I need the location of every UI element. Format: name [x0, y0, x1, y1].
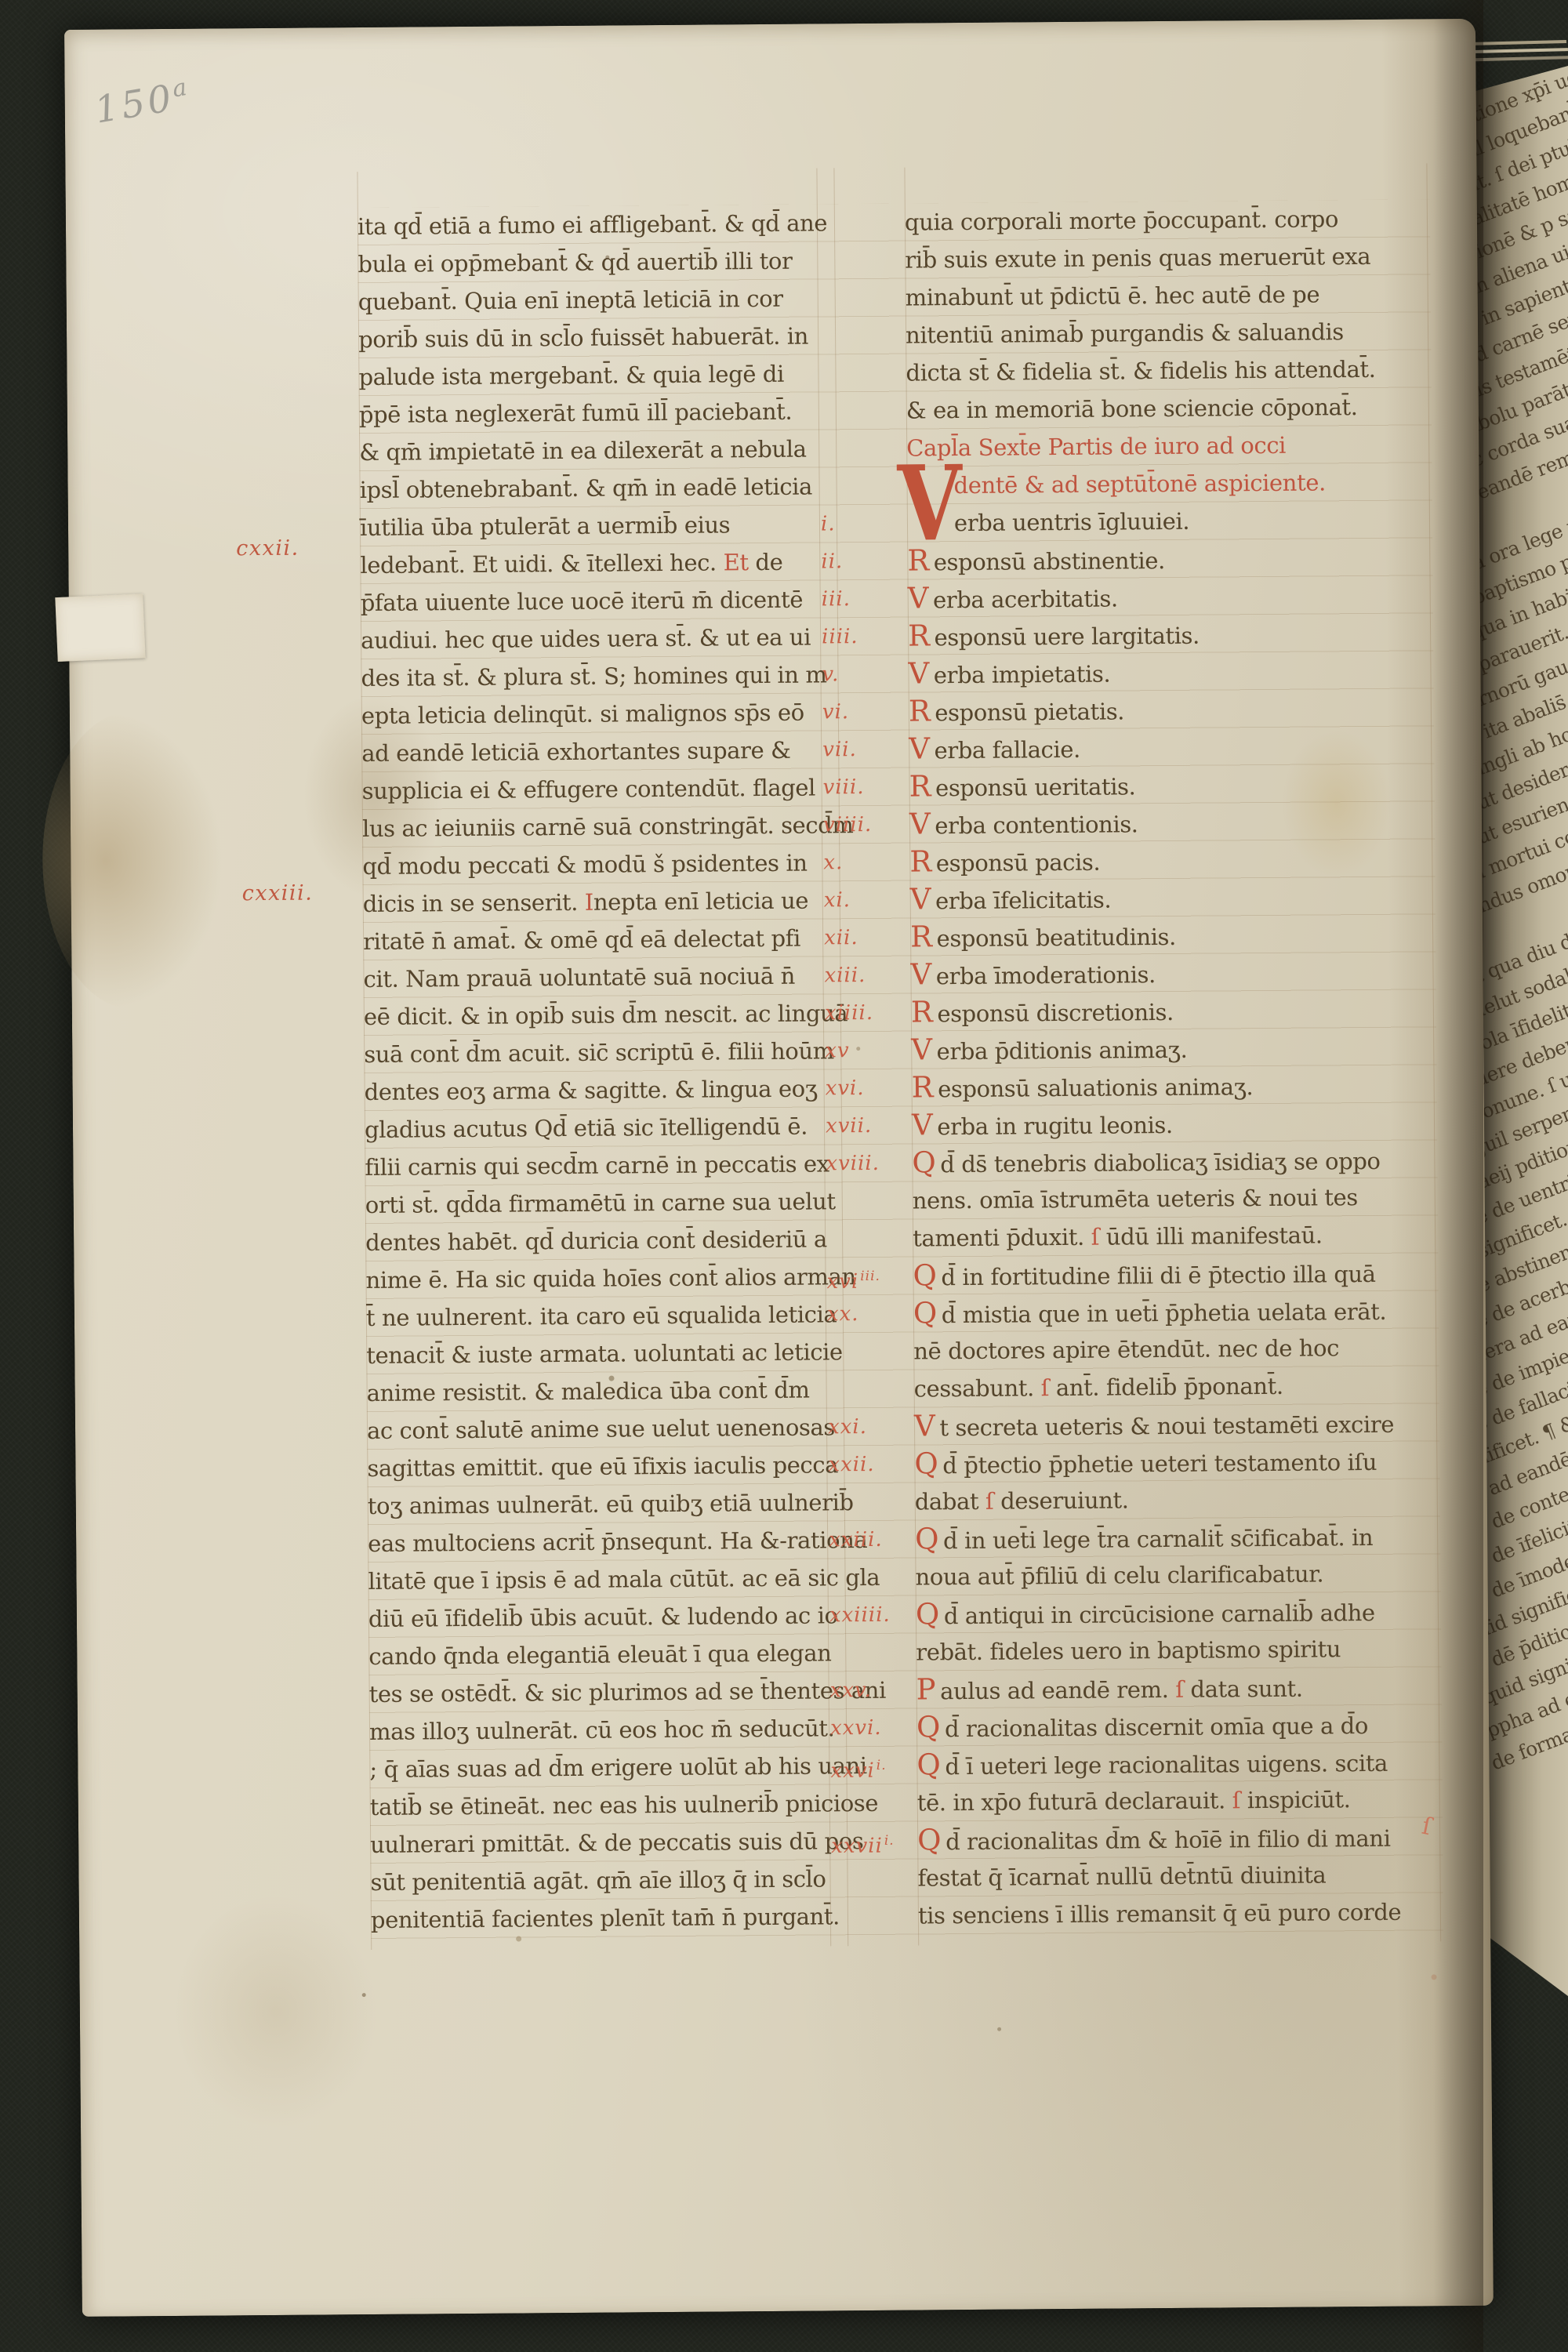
manuscript-text-line: p̄pē ista neglexerāt fumū ill̄ paciebant…: [359, 392, 839, 434]
gutter-chapter-number: xviii.: [826, 1144, 918, 1182]
text-run: erba acerbitatis.: [933, 585, 1118, 613]
text-run: data sunt.: [1184, 1675, 1303, 1703]
text-run: uulnerari pmittāt. & de peccatis suis dū…: [370, 1828, 863, 1858]
text-run: sūt penitentiā agāt. qm̄ aīe illoʒ q̄ in…: [370, 1865, 826, 1896]
red-initial: R: [909, 769, 931, 803]
gutter-chapter-number: viiii.: [823, 806, 916, 844]
manuscript-text-line: dabat ſ deseruiunt.: [915, 1479, 1439, 1520]
gutter-chapter-number: xx.: [827, 1294, 920, 1333]
red-initial: V: [908, 581, 929, 615]
text-run: d̄ in fortitudine filii di ē p̄tectio il…: [941, 1261, 1375, 1290]
manuscript-text-line: audiui. hec que uides uera st̄. & ut ea …: [361, 618, 840, 659]
manuscript-page: 150a cxxii. cxxiii. ita qd̄ etiā a fumo …: [64, 19, 1494, 2317]
stain: [173, 1893, 379, 2130]
text-run: nepta enī leticia ue: [593, 887, 808, 916]
index-line: Responsū discretionis.: [911, 989, 1435, 1031]
red-initial: Q: [913, 1296, 937, 1330]
text-run: lus ac ieiuniis carnē suā constringāt. s…: [362, 811, 854, 842]
red-initial: V: [909, 807, 931, 840]
text-run: rebāt. fideles uero in baptismo spiritu: [916, 1635, 1341, 1665]
text-run: rib̄ suis exute in penis quas meruerūt e…: [905, 243, 1370, 274]
manuscript-text-line: qd̄ modu peccati & modū š psidentes inx.: [362, 844, 842, 885]
text-run: d̄ ds̄ tenebris diabolicaʒ īsidiaʒ se op…: [940, 1148, 1380, 1178]
manuscript-text-line: suā cont̄ d̄m acuit. sic̄ scriptū ē. fil…: [364, 1032, 844, 1073]
manuscript-text-line: tes se ostēdt̄. & sic plurimos ad se t̄h…: [368, 1671, 848, 1713]
text-run: esponsū ueritatis.: [935, 773, 1136, 801]
paragraph-first-line: Qd̄ in fortitudine filii di ē p̄tectio i…: [913, 1253, 1436, 1294]
index-line: Verba īfelicitatis.: [910, 877, 1434, 918]
red-initial: P: [916, 1672, 935, 1706]
manuscript-text-line: ad eandē leticiā exhortantes supare &vii…: [361, 731, 841, 772]
text-run: nens. omīa īstrumēta ueteris & noui tes: [913, 1184, 1358, 1214]
gutter-chapter-number: xvii.: [826, 1106, 918, 1145]
text-run: festat q̄ īcarnat̄ nullū det̄ntū diuinit…: [917, 1861, 1326, 1891]
manuscript-text-line: litatē que ī ipsis ē ad mala cūtūt. ac e…: [368, 1559, 848, 1600]
red-initial: V: [910, 957, 931, 991]
text-run: p̄fata uiuente luce uocē iterū m̄ dicent…: [361, 586, 804, 616]
text-run: dentes habēt. qd̄ duricia cont̄ desideri…: [365, 1225, 827, 1256]
index-line: Verba in rugitu leonis.: [912, 1102, 1436, 1144]
paragraph-first-line: Qd̄ racionalitas d̄m & hoīē in filio di …: [917, 1817, 1441, 1859]
text-run: eē dicit. & in opib̄ suis d̄m nescit. ac…: [364, 1000, 848, 1030]
text-run: de: [749, 549, 783, 575]
manuscript-text-line: epta leticia delinqūt. si malignos sp̄s …: [361, 693, 841, 735]
gutter-chapter-number: xii.: [824, 918, 916, 956]
text-run: mas illoʒ uulnerāt. cū eos hoc m̄ seducū…: [369, 1715, 835, 1745]
red-ink-run: Capl̄a Sext̄e Partis de iuro ad occi: [906, 432, 1286, 462]
text-run: quebant̄. Quia enī ineptā leticiā in cor: [358, 285, 783, 315]
margin-chapter-number: cxxiii.: [242, 881, 314, 906]
gutter-chapter-number: x.: [823, 844, 916, 882]
text-run: tes se ostēdt̄. & sic plurimos ad se t̄h…: [369, 1677, 886, 1708]
manuscript-text-line: dicta st̄ & fidelia st̄. & fidelis his a…: [906, 350, 1429, 391]
text-run: ; q̄ aīas suas ad d̄m erigere uolūt ab h…: [369, 1752, 867, 1783]
text-run: aulus ad eandē rem.: [940, 1676, 1175, 1704]
manuscript-text-line: festat q̄ īcarnat̄ nullū det̄ntū diuinit…: [917, 1855, 1441, 1896]
text-run: erba fallacie.: [934, 736, 1080, 764]
text-run: nime ē. Ha sic quida hoīes cont̄ alios a…: [365, 1263, 855, 1294]
gutter-chapter-number-superscript: i.: [884, 1833, 895, 1849]
text-run: epta leticia delinqūt. si malignos sp̄s …: [361, 699, 804, 729]
red-ink-run: ſ: [1175, 1676, 1184, 1703]
manuscript-text-line: nens. omīa īstrumēta ueteris & noui tes: [913, 1178, 1436, 1219]
manuscript-text-line: eē dicit. & in opib̄ suis d̄m nescit. ac…: [364, 994, 844, 1036]
manuscript-text-line: dentes habēt. qd̄ duricia cont̄ desideri…: [365, 1220, 845, 1261]
paragraph-first-line: Qd̄ in uet̄i lege t̄ra carnalit̄ sc̄ific…: [915, 1516, 1439, 1558]
text-run: dabat: [915, 1488, 985, 1515]
text-run: erba īfelicitatis.: [935, 887, 1111, 915]
text-run: esponsū discretionis.: [937, 999, 1174, 1027]
text-run: qd̄ modu peccati & modū š psidentes in: [362, 850, 807, 880]
red-initial: R: [909, 694, 931, 728]
manuscript-text-line: quia corporali morte p̄occupant̄. corpo: [905, 199, 1428, 241]
text-run: ac cont̄ salutē anime sue uelut uenenosa…: [367, 1414, 835, 1444]
manuscript-text-line: tamenti p̄duxit. ſ ūdū illi manifestaū.: [913, 1215, 1436, 1257]
gutter-chapter-number: vii.: [822, 731, 915, 769]
text-run: eas multociens acrit̄ p̄nsequnt. Ha &-ra…: [368, 1526, 867, 1557]
manuscript-text-line: supplicia ei & effugere contendūt. flage…: [361, 768, 841, 810]
gutter-chapter-number: xxvi.: [830, 1708, 923, 1747]
text-run: palude ista mergebant̄. & quia legē di: [358, 361, 784, 390]
rubric-line: Capl̄a Sext̄e Partis de iuro ad occi: [906, 425, 1430, 466]
index-line: erba uentris īgluuiei.: [907, 500, 1431, 542]
manuscript-text-line: minabunt̄ ut p̄dictū ē. hec autē de pe: [906, 274, 1429, 316]
text-run: dentes eoʒ arma & sagitte. & lingua eoʒ: [365, 1075, 818, 1105]
text-run: supplicia ei & effugere contendūt. flage…: [362, 775, 816, 805]
text-run: nē doctores apire ētendūt. nec de hoc: [913, 1334, 1339, 1364]
red-ink-run: I: [585, 889, 593, 916]
paragraph-first-line: Qd̄ p̄tectio p̄phetie ueteri testamento …: [914, 1441, 1438, 1483]
red-initial: Q: [915, 1522, 938, 1555]
red-initial: V: [912, 1108, 933, 1142]
text-run: sagittas emittit. que eū īfixis iaculis …: [367, 1451, 838, 1482]
red-initial: R: [909, 844, 931, 878]
manuscript-text-line: noua aut̄ p̄filiū di celu clarificabatur…: [915, 1554, 1439, 1595]
text-run: cando q̄nda elegantiā eleuāt ī qua elega…: [368, 1639, 831, 1670]
manuscript-text-line: ; q̄ aīas suas ad d̄m erigere uolūt ab h…: [369, 1747, 849, 1788]
index-line: Responsū saluationis animaʒ.: [911, 1065, 1435, 1106]
text-run: & ea in memoriā bone sciencie cōponat̄.: [906, 394, 1358, 424]
manuscript-text-line: tenacit̄ & iuste armata. uoluntati ac le…: [366, 1333, 846, 1374]
text-run: p̄pē ista neglexerāt fumū ill̄ paciebant…: [359, 398, 793, 428]
red-initial: V: [908, 656, 929, 690]
red-ink-run: ſ: [1232, 1787, 1241, 1813]
manuscript-text-line: dicis in se senserit. Inepta enī leticia…: [363, 881, 843, 923]
manuscript-text-line: tis senciens ī illis remansit q̄ eū puro…: [918, 1893, 1442, 1934]
red-ink-run: ſ: [1091, 1224, 1100, 1250]
paragraph-first-line: Qd̄ racionalitas discernit omīa que a d̄…: [916, 1704, 1440, 1746]
gutter-chapter-number-superscript: iii.: [860, 1269, 880, 1284]
red-initial: R: [911, 995, 933, 1029]
text-run: orti st̄. qd̄da firmamētū in carne sua u…: [365, 1188, 836, 1218]
text-run: tamenti p̄duxit.: [913, 1224, 1091, 1252]
text-run: esponsū pacis.: [936, 849, 1101, 877]
text-run: anime resistit. & maledica ūba cont̄ d̄m: [367, 1377, 810, 1406]
text-run: ipsl̄ obtenebrabant̄. & qm̄ in eadē leti…: [359, 474, 812, 504]
right-text-column: quia corporali morte p̄occupant̄. corpor…: [905, 199, 1442, 1934]
red-initial: Q: [917, 1823, 941, 1857]
text-run: noua aut̄ p̄filiū di celu clarificabatur…: [915, 1560, 1323, 1590]
manuscript-text-line: & qm̄ impietatē in ea dilexerāt a nebula: [359, 430, 839, 471]
text-run: erba in rugitu leonis.: [937, 1112, 1173, 1140]
rubric-line: dentē & ad septūt̄onē aspiciente.: [906, 463, 1430, 504]
text-run: īutilia ūba ptulerāt a uermib̄ eius: [360, 511, 730, 541]
manuscript-text-line: cit. Nam prauā uoluntatē suā nociuā n̄xi…: [363, 956, 843, 998]
stain: [42, 710, 224, 1010]
text-run: erba contentionis.: [935, 811, 1138, 839]
text-run: ad eandē leticiā exhortantes supare &: [361, 737, 791, 767]
gutter-chapter-number: xxii.: [828, 1445, 920, 1483]
text-run: diū eū īfidelib̄ ūbis acuūt. & ludendo a…: [368, 1602, 838, 1632]
large-initial-V: V: [897, 452, 942, 556]
manuscript-text-line: bula ei opp̄mebant̄ & qd̄ auertib̄ illi …: [358, 241, 837, 283]
red-initial: Q: [912, 1145, 935, 1179]
text-run: gladius acutus Qd̄ etiā sic ītelligendū …: [365, 1113, 808, 1143]
red-initial: R: [908, 619, 930, 652]
manuscript-text-line: sagittas emittit. que eū īfixis iaculis …: [367, 1446, 847, 1487]
red-ink-run: dentē & ad septūt̄onē aspiciente.: [953, 469, 1326, 499]
text-block: ita qd̄ etiā a fumo ei affligebant̄. & q…: [358, 199, 1443, 1942]
text-run: t secreta ueteris & noui testamēti excir…: [939, 1411, 1394, 1442]
manuscript-text-line: eas multociens acrit̄ p̄nsequnt. Ha &-ra…: [368, 1521, 848, 1563]
text-run: suā cont̄ d̄m acuit. sic̄ scriptū ē. fil…: [364, 1037, 834, 1068]
manuscript-text-line: cando q̄nda elegantiā eleuāt ī qua elega…: [368, 1634, 848, 1675]
text-run: tenacit̄ & iuste armata. uoluntati ac le…: [366, 1338, 843, 1369]
gutter-chapter-number: v.: [822, 655, 914, 694]
text-run: deseruiunt.: [993, 1486, 1128, 1514]
text-run: dicis in se senserit.: [363, 889, 585, 917]
index-line: Verba contentionis.: [909, 801, 1433, 843]
index-line: Verba īmoderationis.: [910, 952, 1434, 993]
red-initial: Q: [916, 1748, 940, 1781]
text-run: erba impietatis.: [934, 661, 1111, 689]
text-run: tē. in xp̄o futurā declarauit.: [917, 1787, 1232, 1816]
manuscript-text-line: nē doctores apire ētendūt. nec de hoc: [913, 1328, 1437, 1370]
text-run: dicta st̄ & fidelia st̄. & fidelis his a…: [906, 356, 1375, 387]
manuscript-text-line: sūt penitentiā agāt. qm̄ aīe illoʒ q̄ in…: [370, 1860, 850, 1901]
paragraph-first-line: Qd̄ ī ueteri lege racionalitas uigens. s…: [916, 1742, 1440, 1784]
paragraph-first-line: Vt secreta ueteris & noui testamēti exci…: [914, 1403, 1438, 1445]
manuscript-text-line: tatib̄ se ētineāt. nec eas his uulnerib̄…: [370, 1784, 850, 1826]
paragraph-first-line: Qd̄ mistia que in uet̄i p̄phetia uelata …: [913, 1290, 1437, 1332]
text-run: nitentiū animab̄ purgandis & saluandis: [906, 318, 1344, 348]
gutter-chapter-number: xi.: [824, 880, 916, 919]
manuscript-text-line: nime ē. Ha sic quida hoīes cont̄ alios a…: [365, 1258, 845, 1299]
text-run: d̄ p̄tectio p̄phetie ueteri testamento i…: [942, 1449, 1377, 1479]
text-run: inspiciūt.: [1240, 1786, 1351, 1813]
manuscript-text-line: rebāt. fideles uero in baptismo spiritu: [916, 1629, 1439, 1671]
text-run: esponsū abstinentie.: [934, 547, 1165, 575]
text-run: ūdū illi manifestaū.: [1099, 1221, 1323, 1250]
index-line: Responsū pacis.: [909, 839, 1433, 880]
manuscript-text-line: dentes eoʒ arma & sagitte. & lingua eoʒx…: [364, 1069, 844, 1111]
text-run: tatib̄ se ētineāt. nec eas his uulnerib̄…: [370, 1790, 879, 1820]
left-text-column: ita qd̄ etiā a fumo ei affligebant̄. & q…: [358, 204, 851, 1939]
index-line: Responsū pietatis.: [909, 688, 1432, 730]
text-run: d̄ racionalitas d̄m & hoīē in filio di m…: [946, 1825, 1391, 1855]
gutter-chapter-number: xxv.: [829, 1671, 922, 1709]
text-run: bula ei opp̄mebant̄ & qd̄ auertib̄ illi …: [358, 248, 792, 278]
manuscript-text-line: uulnerari pmittāt. & de peccatis suis dū…: [370, 1822, 850, 1864]
index-line: Responsū beatitudinis.: [910, 914, 1434, 956]
index-line: Verba acerbitatis.: [908, 575, 1432, 617]
red-initial: Q: [916, 1710, 940, 1744]
text-run: esponsū pietatis.: [935, 698, 1124, 726]
paragraph-first-line: Qd̄ antiqui in circūcisione carnalib̄ ad…: [916, 1592, 1439, 1633]
manuscript-text-line: tē. in xp̄o futurā declarauit. ſ inspici…: [917, 1780, 1441, 1821]
manuscript-text-line: ac cont̄ salutē anime sue uelut uenenosa…: [367, 1408, 847, 1450]
gutter-chapter-number: xxviii.: [831, 1821, 924, 1865]
text-run: penitentiā facientes plenīt tam̄ n̄ purg…: [371, 1903, 840, 1933]
gutter-chapter-number-superscript: i.: [877, 1758, 887, 1773]
red-initial: R: [911, 1070, 933, 1104]
red-initial: V: [914, 1409, 935, 1443]
text-run: erba uentris īgluuiei.: [954, 508, 1189, 536]
index-line: Verba p̄ditionis animaʒ.: [911, 1027, 1435, 1069]
manuscript-text-line: quebant̄. Quia enī ineptā leticiā in cor: [358, 279, 838, 321]
gutter-chapter-number: iiii.: [822, 618, 914, 656]
index-line: Responsū abstinentie.: [907, 538, 1431, 579]
red-ink-run: Et: [723, 549, 748, 575]
manuscript-text-line: & ea in memoriā bone sciencie cōponat̄.: [906, 387, 1430, 429]
gutter-chapter-number: iii.: [822, 580, 914, 619]
gutter-chapter-number: xiii.: [824, 956, 916, 994]
gutter-chapter-number: xxiiii.: [829, 1595, 922, 1634]
gutter-chapter-number: vi.: [822, 693, 915, 731]
gutter-chapter-number: xxvii.: [830, 1746, 923, 1790]
text-run: erba īmoderationis.: [936, 961, 1156, 989]
text-run: d̄ ī ueteri lege racionalitas uigens. sc…: [945, 1750, 1388, 1780]
index-line: Verba impietatis.: [908, 651, 1432, 692]
folio-number-pencil: 150a: [92, 73, 194, 132]
manuscript-text-line: lus ac ieiuniis carnē suā constringāt. s…: [362, 806, 842, 848]
text-run: porib̄ suis dū in scl̄o fuissēt habuerāt…: [358, 323, 808, 354]
text-run: litatē que ī ipsis ē ad mala cūtūt. ac e…: [368, 1564, 880, 1595]
text-run: toʒ animas uulnerāt. eū quibʒ etiā uulne…: [368, 1489, 854, 1519]
red-initial: Q: [913, 1258, 936, 1292]
text-run: cit. Nam prauā uoluntatē suā nociuā n̄: [363, 963, 795, 993]
manuscript-text-line: palude ista mergebant̄. & quia legē di: [358, 354, 838, 396]
red-initial: Q: [914, 1446, 938, 1480]
index-line: Responsū ueritatis.: [909, 764, 1432, 805]
text-run: d̄ mistia que in uet̄i p̄phetia uelata e…: [942, 1298, 1387, 1328]
gutter-chapter-number: xvi.: [825, 1069, 917, 1107]
text-run: esponsū saluationis animaʒ.: [938, 1073, 1253, 1102]
manuscript-text-line: diū eū īfidelib̄ ūbis acuūt. & ludendo a…: [368, 1596, 848, 1638]
text-run: ant̄. fidelib̄ p̄ponant̄.: [1049, 1373, 1283, 1401]
text-run: des ita st̄. & plura st̄. S; homines qui…: [361, 661, 826, 691]
text-run: cessabunt.: [914, 1374, 1041, 1402]
manuscript-text-line: filii carnis qui secd̄m carnē in peccati…: [365, 1145, 844, 1186]
text-run: d̄ racionalitas discernit omīa que a d̄o: [945, 1712, 1368, 1742]
text-run: t̄ ne uulnerent. ita caro eū squalida le…: [366, 1301, 837, 1331]
manuscript-text-line: penitentiā facientes plenīt tam̄ n̄ purg…: [371, 1897, 851, 1939]
text-run: ita qd̄ etiā a fumo ei affligebant̄. & q…: [358, 209, 827, 240]
red-initial: V: [909, 731, 930, 765]
manuscript-text-line: īutilia ūba ptulerāt a uermib̄ eiusi.: [360, 505, 840, 546]
red-ink-run: ſ: [985, 1488, 994, 1515]
text-run: quia corporali morte p̄occupant̄. corpo: [905, 205, 1338, 235]
text-run: ledebant̄. Et uidi. & ītellexi hec.: [360, 549, 724, 579]
manuscript-text-line: gladius acutus Qd̄ etiā sic ītelligendū …: [365, 1107, 844, 1149]
text-run: d̄ antiqui in circūcisione carnalib̄ adh…: [944, 1599, 1375, 1629]
manuscript-text-line: des ita st̄. & plura st̄. S; homines qui…: [361, 655, 840, 697]
text-run: esponsū uere largitatis.: [934, 622, 1200, 652]
manuscript-text-line: t̄ ne uulnerent. ita caro eū squalida le…: [366, 1295, 846, 1337]
manuscript-text-line: p̄fata uiuente luce uocē iterū m̄ dicent…: [361, 580, 840, 622]
red-initial: Q: [916, 1597, 939, 1631]
index-line: Verba fallacie.: [909, 726, 1432, 768]
margin-chapter-number: cxxii.: [236, 536, 299, 561]
red-initial: V: [911, 1033, 932, 1066]
text-run: minabunt̄ ut p̄dictū ē. hec autē de pe: [906, 281, 1320, 310]
gutter-chapter-number: xiiii.: [825, 993, 917, 1032]
manuscript-text-line: cessabunt. ſ ant̄. fidelib̄ p̄ponant̄.: [913, 1366, 1437, 1407]
gutter-chapter-number: xxi.: [828, 1407, 920, 1446]
manuscript-text-line: porib̄ suis dū in scl̄o fuissēt habuerāt…: [358, 317, 838, 358]
paragraph-first-line: Paulus ad eandē rem. ſ data sunt.: [916, 1667, 1439, 1708]
text-run: ritatē n̄ amat̄. & omē qd̄ eā delectat p…: [363, 925, 800, 955]
gutter-chapter-number: xxiii.: [829, 1520, 921, 1559]
manuscript-text-line: anime resistit. & maledica ūba cont̄ d̄m: [366, 1370, 846, 1412]
manuscript-text-line: ita qd̄ etiā a fumo ei affligebant̄. & q…: [358, 204, 837, 245]
text-run: tis senciens ī illis remansit q̄ eū puro…: [918, 1899, 1402, 1929]
manuscript-text-line: ritatē n̄ amat̄. & omē qd̄ eā delectat p…: [363, 919, 843, 960]
manuscript-photo: natione xp̄i uelut īchil loquebant̄ quāc…: [0, 0, 1568, 2352]
manuscript-text-line: rib̄ suis exute in penis quas meruerūt e…: [905, 237, 1428, 278]
text-run: esponsū beatitudinis.: [936, 924, 1176, 952]
manuscript-text-line: ipsl̄ obtenebrabant̄. & qm̄ in eadē leti…: [359, 467, 839, 509]
red-initial: V: [910, 882, 931, 916]
gutter-chapter-number: xv: [825, 1031, 917, 1069]
manuscript-text-line: toʒ animas uulnerāt. eū quibʒ etiā uulne…: [368, 1483, 848, 1525]
text-run: erba p̄ditionis animaʒ.: [936, 1036, 1187, 1065]
text-run: audiui. hec que uides uera st̄. & ut ea …: [361, 624, 811, 655]
gutter-chapter-number: viii.: [822, 768, 915, 807]
text-run: & qm̄ impietatē in ea dilexerāt a nebula: [359, 436, 807, 466]
red-initial: R: [910, 920, 932, 953]
repair-patch: [55, 593, 145, 662]
paragraph-first-line: Qd̄ ds̄ tenebris diabolicaʒ īsidiaʒ se o…: [912, 1140, 1436, 1181]
manuscript-text-line: orti st̄. qd̄da firmamētū in carne sua u…: [365, 1182, 845, 1224]
manuscript-text-line: nitentiū animab̄ purgandis & saluandis: [906, 312, 1429, 354]
text-run: filii carnis qui secd̄m carnē in peccati…: [365, 1150, 829, 1181]
index-line: Responsū uere largitatis.: [908, 613, 1432, 655]
text-run: d̄ in uet̄i lege t̄ra carnalit̄ sc̄ifica…: [943, 1524, 1373, 1554]
manuscript-text-line: ledebant̄. Et uidi. & ītellexi hec. Et d…: [360, 543, 840, 584]
manuscript-text-line: mas illoʒ uulnerāt. cū eos hoc m̄ seducū…: [369, 1709, 849, 1751]
